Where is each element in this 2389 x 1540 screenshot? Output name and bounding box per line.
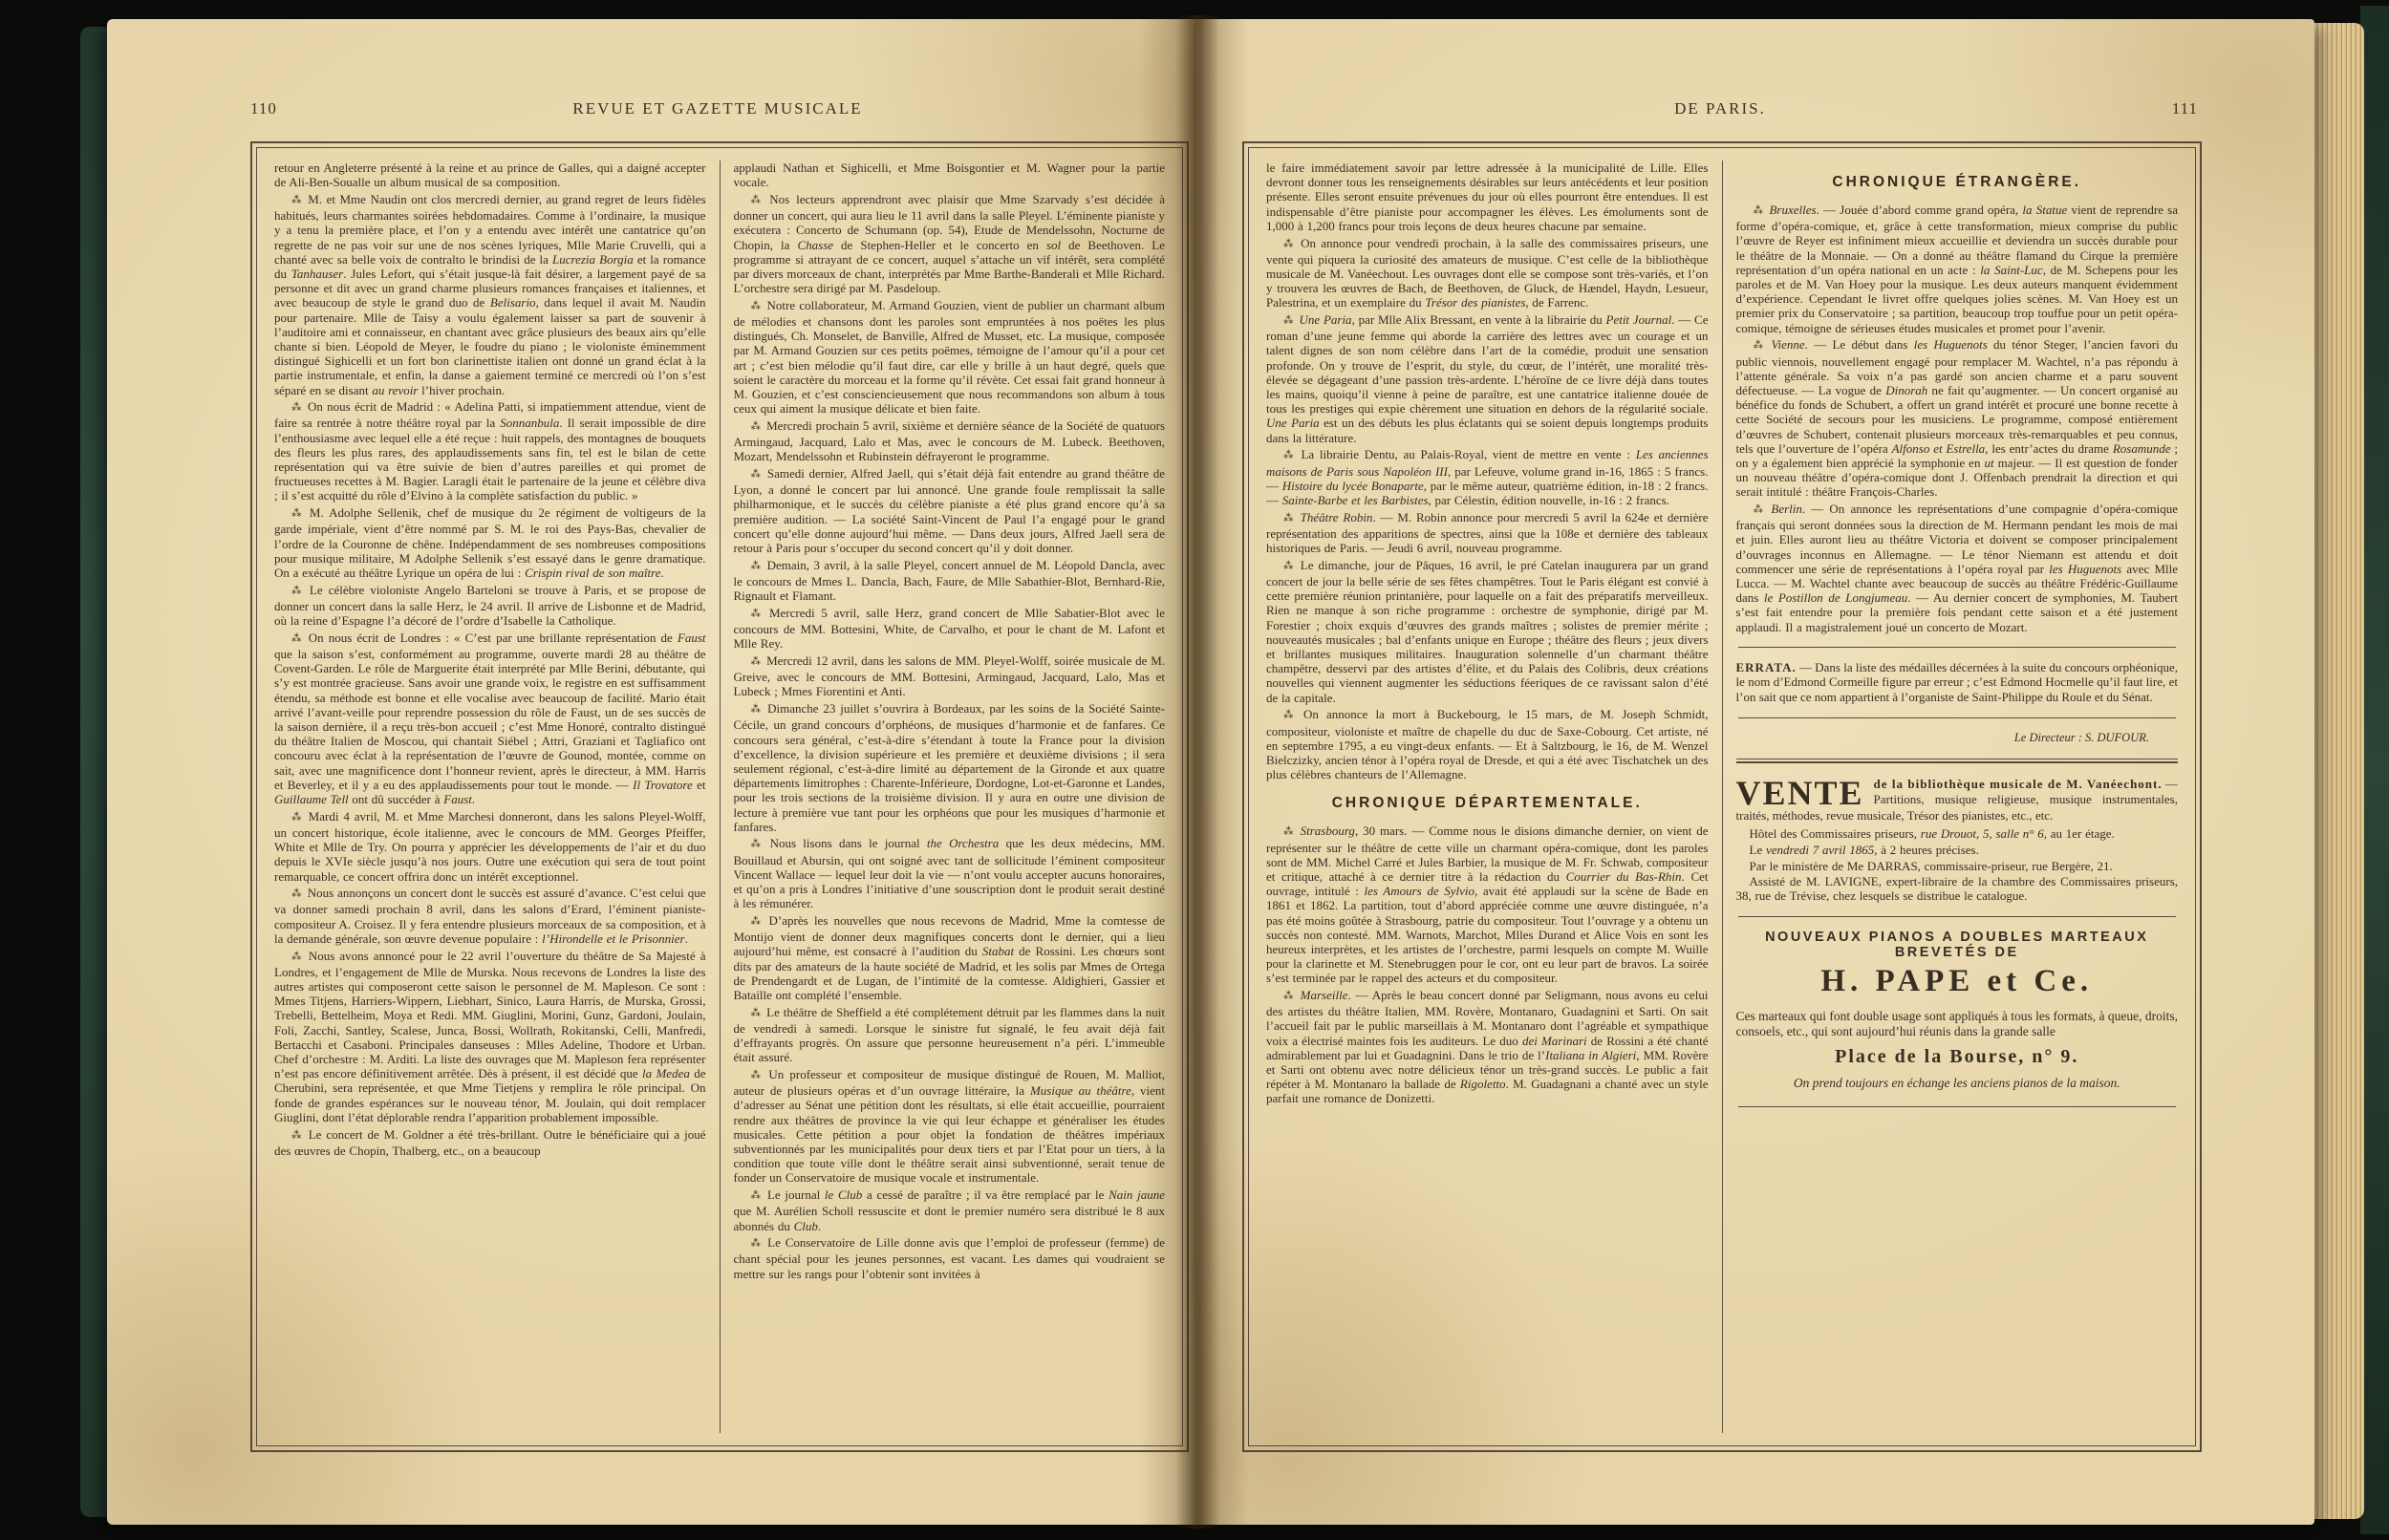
horizontal-rule xyxy=(1738,1106,2177,1107)
paragraph: le faire immédiatement savoir par lettre… xyxy=(1266,160,1709,233)
paragraph: ⁂Mercredi 5 avril, salle Herz, grand con… xyxy=(734,606,1166,652)
paragraph: ⁂La librairie Dentu, au Palais-Royal, vi… xyxy=(1266,447,1709,507)
asterism-mark: ⁂ xyxy=(751,301,763,311)
column-2: CHRONIQUE ÉTRANGÈRE. ⁂Bruxelles. — Jouée… xyxy=(1736,160,2179,1433)
text-frame: le faire immédiatement savoir par lettre… xyxy=(1242,141,2202,1452)
asterism-mark: ⁂ xyxy=(751,704,764,715)
page-number: 111 xyxy=(2112,99,2198,118)
book-cover-left-edge xyxy=(80,27,109,1517)
asterism-mark: ⁂ xyxy=(751,656,763,667)
running-title: DE PARIS. xyxy=(1328,99,2112,118)
paragraph: ⁂Le journal le Club a cessé de paraître … xyxy=(734,1187,1166,1233)
errata-text: — Dans la liste des médailles décernées … xyxy=(1736,660,2179,704)
asterism-mark: ⁂ xyxy=(291,888,303,899)
paragraph: ⁂Samedi dernier, Alfred Jaell, qui s’éta… xyxy=(734,466,1166,555)
text-frame-inner: retour en Angleterre présenté à la reine… xyxy=(256,147,1183,1446)
paragraph: ⁂D’après les nouvelles que nous recevons… xyxy=(734,913,1166,1002)
page-111: DE PARIS. 111 le faire immédiatement sav… xyxy=(1196,19,2314,1525)
paragraph: Le vendredi 7 avril 1865, à 2 heures pré… xyxy=(1736,843,2179,857)
asterism-mark: ⁂ xyxy=(291,1130,304,1141)
paragraph: ⁂Le dimanche, jour de Pâques, 16 avril, … xyxy=(1266,558,1709,705)
advert-pape-pianos: NOUVEAUX PIANOS A DOUBLES MARTEAUX BREVE… xyxy=(1736,930,2179,1091)
asterism-mark: ⁂ xyxy=(1283,513,1296,524)
paragraph: ⁂Notre collaborateur, M. Armand Gouzien,… xyxy=(734,298,1166,417)
horizontal-rule xyxy=(1738,717,2177,718)
asterism-mark: ⁂ xyxy=(291,586,305,596)
pianos-address: Place de la Bourse, n° 9. xyxy=(1736,1046,2179,1068)
column-2: applaudi Nathan et Sighicelli, et Mme Bo… xyxy=(734,160,1166,1433)
asterism-mark: ⁂ xyxy=(1283,561,1296,571)
errata-label: ERRATA. xyxy=(1736,660,1797,674)
vente-display-word: VENTE xyxy=(1736,779,1864,807)
asterism-mark: ⁂ xyxy=(1754,340,1767,351)
paragraph: ⁂Un professeur et compositeur de musique… xyxy=(734,1067,1166,1186)
paragraph: ⁂M. et Mme Naudin ont clos mercredi dern… xyxy=(274,192,706,397)
heavy-double-rule xyxy=(1736,759,2179,763)
paragraph: ⁂Mercredi 12 avril, dans les salons de M… xyxy=(734,653,1166,699)
paragraph: ⁂Théâtre Robin. — M. Robin annonce pour … xyxy=(1266,510,1709,556)
asterism-mark: ⁂ xyxy=(1283,991,1296,1001)
paragraph: Assisté de M. LAVIGNE, expert-libraire d… xyxy=(1736,874,2179,903)
asterism-mark: ⁂ xyxy=(751,421,763,432)
paragraph: ⁂Nous lisons dans le journal the Orchest… xyxy=(734,836,1166,910)
pianos-maker-name: H. PAPE et Ce. xyxy=(1736,964,2179,999)
paragraph: ⁂Demain, 3 avril, à la salle Pleyel, con… xyxy=(734,558,1166,604)
vente-lead-paragraph: VENTEde la bibliothèque musicale de M. V… xyxy=(1736,777,2179,824)
paragraph: ⁂On nous écrit de Madrid : « Adelina Pat… xyxy=(274,399,706,503)
paragraph: ⁂On nous écrit de Londres : « C’est par … xyxy=(274,631,706,806)
horizontal-rule xyxy=(1738,916,2177,917)
asterism-mark: ⁂ xyxy=(291,633,304,644)
paragraph: ⁂Le célèbre violoniste Angelo Barteloni … xyxy=(274,583,706,629)
asterism-mark: ⁂ xyxy=(751,561,763,571)
paragraph: ⁂Dimanche 23 juillet s’ouvrira à Bordeau… xyxy=(734,701,1166,834)
asterism-mark: ⁂ xyxy=(751,195,765,205)
asterism-mark: ⁂ xyxy=(1283,239,1296,249)
paragraph: ⁂Le théâtre de Sheffield a été complétem… xyxy=(734,1005,1166,1065)
asterism-mark: ⁂ xyxy=(291,402,303,413)
paragraph: ⁂M. Adolphe Sellenik, chef de musique du… xyxy=(274,505,706,580)
page-110: 110 REVUE ET GAZETTE MUSICALE retour en … xyxy=(107,19,1196,1525)
vente-bold-intro: de la bibliothèque musicale de M. Vanéec… xyxy=(1874,777,2163,791)
paragraph: applaudi Nathan et Sighicelli, et Mme Bo… xyxy=(734,160,1166,189)
asterism-mark: ⁂ xyxy=(751,1190,763,1201)
asterism-mark: ⁂ xyxy=(751,1070,764,1080)
asterism-mark: ⁂ xyxy=(751,1008,763,1018)
paragraph: ⁂On annonce pour vendredi prochain, à la… xyxy=(1266,236,1709,310)
text-frame: retour en Angleterre présenté à la reine… xyxy=(250,141,1189,1452)
paragraph: Par le ministère de Me DARRAS, commissai… xyxy=(1736,859,2179,873)
paragraph: ⁂Nous annonçons un concert dont le succè… xyxy=(274,886,706,946)
paragraph: ⁂Mardi 4 avril, M. et Mme Marchesi donne… xyxy=(274,809,706,884)
asterism-mark: ⁂ xyxy=(751,1238,764,1249)
paragraph: ⁂Berlin. — On annonce les représentation… xyxy=(1736,502,2179,634)
paragraph: ⁂Le concert de M. Goldner a été très-bri… xyxy=(274,1127,706,1158)
asterism-mark: ⁂ xyxy=(1283,826,1296,837)
vente-detail-lines: Hôtel des Commissaires priseurs, rue Dro… xyxy=(1736,826,2179,904)
errata-paragraph: ERRATA. — Dans la liste des médailles dé… xyxy=(1736,660,2179,705)
page-number: 110 xyxy=(250,99,336,118)
chronique-etrangere-items: ⁂Bruxelles. — Jouée d’abord comme grand … xyxy=(1736,203,2179,634)
column-1: le faire immédiatement savoir par lettre… xyxy=(1266,160,1709,1433)
paragraph: ⁂Le Conservatoire de Lille donne avis qu… xyxy=(734,1235,1166,1281)
asterism-mark: ⁂ xyxy=(291,812,304,823)
pianos-ad-title: NOUVEAUX PIANOS A DOUBLES MARTEAUX BREVE… xyxy=(1736,930,2179,960)
paragraph: ⁂Bruxelles. — Jouée d’abord comme grand … xyxy=(1736,203,2179,335)
page-header-right: DE PARIS. 111 xyxy=(1242,99,2198,118)
asterism-mark: ⁂ xyxy=(751,469,763,480)
paragraph: ⁂Mercredi prochain 5 avril, sixième et d… xyxy=(734,418,1166,464)
section-heading-chronique-etrangere: CHRONIQUE ÉTRANGÈRE. xyxy=(1736,174,2179,191)
paragraph: ⁂On annonce la mort à Buckebourg, le 15 … xyxy=(1266,707,1709,781)
paragraph: retour en Angleterre présenté à la reine… xyxy=(274,160,706,189)
asterism-mark: ⁂ xyxy=(291,508,305,519)
paragraph: ⁂Nous avons annoncé pour le 22 avril l’o… xyxy=(274,949,706,1124)
column-divider xyxy=(720,160,721,1433)
asterism-mark: ⁂ xyxy=(751,916,764,927)
asterism-mark: ⁂ xyxy=(751,609,764,619)
text-frame-inner: le faire immédiatement savoir par lettre… xyxy=(1248,147,2196,1446)
book-cover-right-edge xyxy=(2360,6,2389,1534)
advert-vente-bibliotheque: VENTEde la bibliothèque musicale de M. V… xyxy=(1736,777,2179,904)
page-header-left: 110 REVUE ET GAZETTE MUSICALE xyxy=(250,99,1185,118)
pianos-exchange-note: On prend toujours en échange les anciens… xyxy=(1736,1076,2179,1091)
asterism-mark: ⁂ xyxy=(751,839,765,849)
paragraph: ⁂Vienne. — Le début dans les Huguenots d… xyxy=(1736,337,2179,499)
paragraph: ⁂Marseille. — Après le beau concert donn… xyxy=(1266,988,1709,1106)
photographed-book-spread: { "page_left": { "page_number": "110", "… xyxy=(0,0,2389,1540)
pianos-ad-body: Ces marteaux qui font double usage sont … xyxy=(1736,1009,2179,1040)
paragraph: ⁂Une Paria, par Mlle Alix Bressant, en v… xyxy=(1266,312,1709,445)
section-heading: CHRONIQUE DÉPARTEMENTALE. xyxy=(1266,795,1709,812)
column-divider xyxy=(1722,160,1723,1433)
asterism-mark: ⁂ xyxy=(291,195,303,205)
paragraph: ⁂Strasbourg, 30 mars. — Comme nous le di… xyxy=(1266,823,1709,985)
asterism-mark: ⁂ xyxy=(1283,315,1295,326)
asterism-mark: ⁂ xyxy=(1754,504,1767,515)
paragraph: Hôtel des Commissaires priseurs, rue Dro… xyxy=(1736,826,2179,841)
running-title: REVUE ET GAZETTE MUSICALE xyxy=(336,99,1099,118)
asterism-mark: ⁂ xyxy=(291,952,304,962)
asterism-mark: ⁂ xyxy=(1283,710,1299,720)
horizontal-rule xyxy=(1738,647,2177,648)
paragraph: ⁂Nos lecteurs apprendront avec plaisir q… xyxy=(734,192,1166,295)
asterism-mark: ⁂ xyxy=(1283,450,1296,460)
asterism-mark: ⁂ xyxy=(1754,205,1765,216)
director-signature-line: Le Directeur : S. DUFOUR. xyxy=(1736,731,2150,745)
column-1: retour en Angleterre présenté à la reine… xyxy=(274,160,706,1433)
